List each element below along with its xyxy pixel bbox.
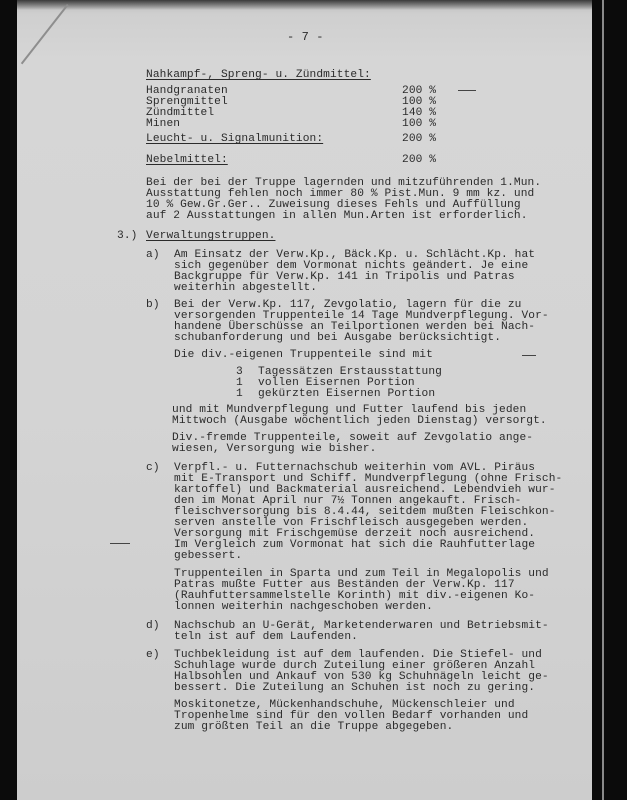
para-line: Die div.-eigenen Truppenteile sind mit — [174, 350, 433, 361]
para-line: schubanforderung und bei Ausgabe berücks… — [174, 333, 501, 344]
para-line: gebessert. — [174, 551, 242, 562]
heading-nahkampf: Nahkampf-, Spreng- u. Zündmittel: — [146, 70, 371, 81]
paper-crease — [21, 4, 69, 64]
para-line: Mittwoch (Ausgabe wöchentlich jeden Dien… — [172, 416, 547, 427]
page-number: - 7 - — [287, 32, 324, 43]
list-qty: 1 — [236, 389, 243, 400]
item-marker-d: d) — [146, 621, 160, 632]
list-text: gekürzten Eisernen Portion — [258, 389, 435, 400]
para-line: teln ist auf dem Laufenden. — [174, 632, 358, 643]
leucht-value: 200 % — [402, 134, 436, 145]
heading-leucht: Leucht- u. Signalmunition: — [146, 134, 323, 145]
heading-nebel: Nebelmittel: — [146, 155, 228, 166]
item-marker-b: b) — [146, 300, 160, 311]
para-line: zum größten Teil an die Truppe abgegeben… — [174, 722, 453, 733]
item-marker-e: e) — [146, 650, 160, 661]
margin-mark — [522, 355, 536, 356]
section-heading: Verwaltungstruppen. — [146, 231, 275, 242]
nebel-value: 200 % — [402, 155, 436, 166]
margin-arrow-mark — [458, 90, 476, 91]
item-marker-c: c) — [146, 463, 160, 474]
para-line: auf 2 Ausstattungen in allen Mun.Arten i… — [146, 211, 528, 222]
para-line: bessert. Die Zuteilung an Schuhen ist no… — [174, 683, 535, 694]
para-line: weiterhin abgestellt. — [174, 283, 317, 294]
item-label: Minen — [146, 119, 180, 130]
margin-mark — [110, 543, 130, 544]
section-number: 3.) — [117, 231, 137, 242]
item-marker-a: a) — [146, 250, 160, 261]
para-line: lonnen weiterhin nachgeschoben werden. — [174, 602, 433, 613]
item-value: 100 % — [402, 119, 436, 130]
para-line: wiesen, Versorgung wie bisher. — [172, 444, 376, 455]
page-edge — [602, 0, 604, 800]
